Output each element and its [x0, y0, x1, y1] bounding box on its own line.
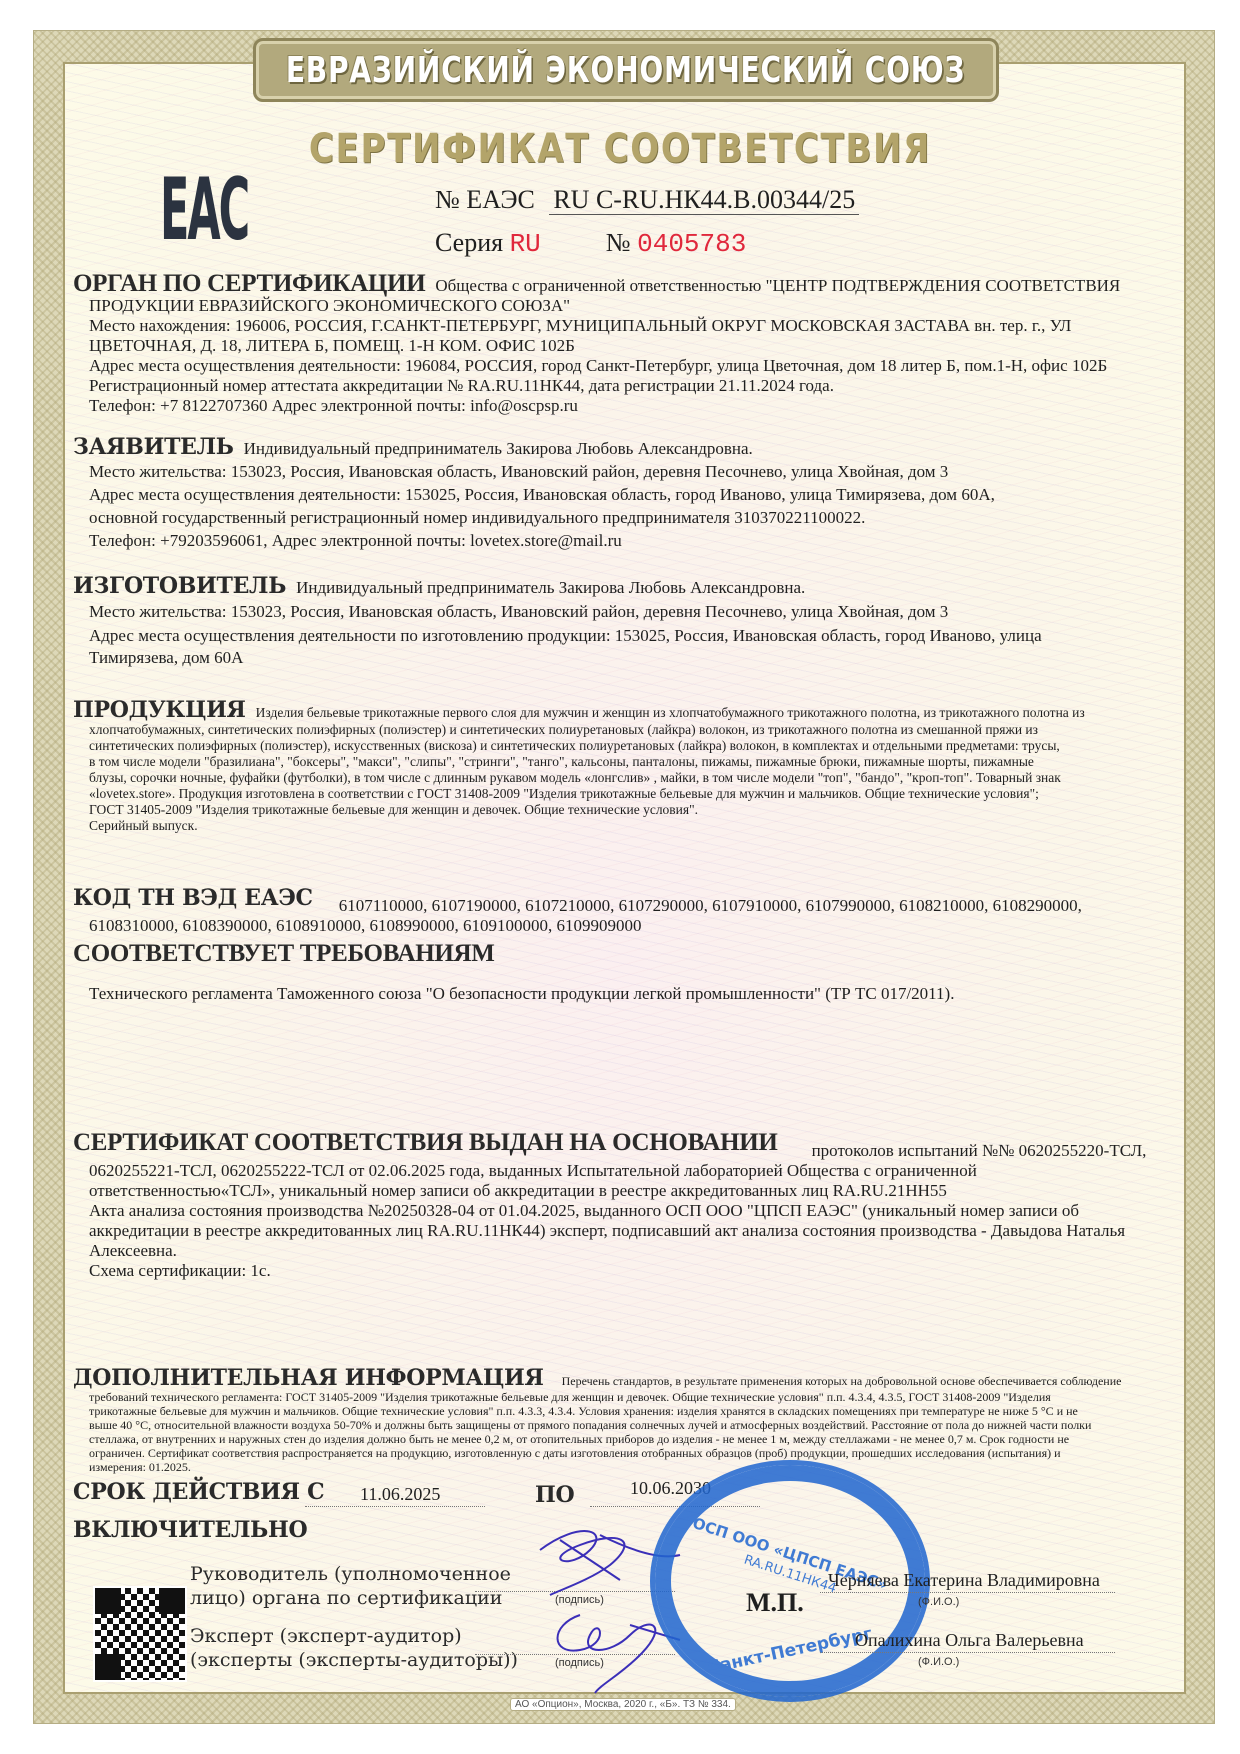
section-heading: СООТВЕТСТВУЕТ ТРЕБОВАНИЯМ — [73, 944, 1163, 964]
head-name-line — [820, 1592, 1115, 1593]
seal-label: М.П. — [746, 1588, 804, 1618]
section-heading: ОРГАН ПО СЕРТИФИКАЦИИ — [73, 270, 425, 297]
qr-code-icon[interactable] — [93, 1586, 187, 1682]
eac-mark-icon: EAC — [160, 165, 198, 255]
section-tn-ved: КОД ТН ВЭД ЕАЭС6107110000, 6107190000, 6… — [73, 888, 1163, 936]
expert-fio-caption: (Ф.И.О.) — [918, 1656, 959, 1668]
expert-name: Опалихина Ольга Валерьевна — [855, 1630, 1084, 1651]
validity-from-date: 11.06.2025 — [360, 1484, 440, 1505]
section-heading: ПРОДУКЦИЯ — [73, 697, 246, 723]
expert-name-line — [820, 1652, 1115, 1653]
section-requirements: СООТВЕТСТВУЕТ ТРЕБОВАНИЯМ Технического р… — [73, 944, 1163, 1004]
validity-from-label: СРОК ДЕЙСТВИЯ С — [73, 1479, 324, 1505]
section-heading: КОД ТН ВЭД ЕАЭС — [73, 885, 313, 911]
section-heading: ДОПОЛНИТЕЛЬНАЯ ИНФОРМАЦИЯ — [73, 1365, 544, 1391]
head-name: Черняева Екатерина Владимировна — [828, 1570, 1100, 1591]
section-applicant: ЗАЯВИТЕЛЬИндивидуальный предприниматель … — [73, 437, 1163, 551]
section-manufacturer: ИЗГОТОВИТЕЛЬИндивидуальный предпринимате… — [73, 576, 1163, 668]
certificate-number-value: RU С-RU.НК44.В.00344/25 — [549, 185, 859, 215]
section-validity: СРОК ДЕЙСТВИЯ С — [73, 1482, 1163, 1504]
section-heading: ЗАЯВИТЕЛЬ — [73, 434, 234, 460]
section-product: ПРОДУКЦИЯИзделия бельевые трикотажные пе… — [73, 700, 1163, 834]
section-basis: СЕРТИФИКАТ СООТВЕТСТВИЯ ВЫДАН НА ОСНОВАН… — [73, 1133, 1163, 1281]
certificate-number: № ЕАЭС RU С-RU.НК44.В.00344/25 — [435, 185, 859, 215]
head-fio-caption: (Ф.И.О.) — [918, 1596, 959, 1608]
union-title: ЕВРАЗИЙСКИЙ ЭКОНОМИЧЕСКИЙ СОЮЗ — [286, 50, 965, 91]
validity-from-line — [305, 1506, 485, 1507]
series-line: Серия RU № 0405783 — [435, 228, 746, 259]
validity-inclusive: ВКЛЮЧИТЕЛЬНО — [73, 1517, 307, 1543]
section-heading: СЕРТИФИКАТ СООТВЕТСТВИЯ ВЫДАН НА ОСНОВАН… — [73, 1129, 778, 1156]
section-additional-info: ДОПОЛНИТЕЛЬНАЯ ИНФОРМАЦИЯПеречень станда… — [73, 1368, 1163, 1474]
section-heading: ИЗГОТОВИТЕЛЬ — [73, 573, 286, 599]
section-certification-body: ОРГАН ПО СЕРТИФИКАЦИИОбщества с ограниче… — [73, 274, 1163, 416]
printer-imprint: АО «Опцион», Москва, 2020 г., «Б». ТЗ № … — [510, 1698, 736, 1711]
expert-label: Эксперт (эксперт-аудитор) (эксперты (экс… — [190, 1624, 518, 1672]
head-label: Руководитель (уполномоченное лицо) орган… — [190, 1562, 511, 1610]
union-banner: ЕВРАЗИЙСКИЙ ЭКОНОМИЧЕСКИЙ СОЮЗ — [253, 38, 999, 102]
series-value: RU — [510, 229, 541, 259]
validity-to-label: ПО — [535, 1482, 574, 1508]
blank-number: 0405783 — [637, 229, 746, 259]
